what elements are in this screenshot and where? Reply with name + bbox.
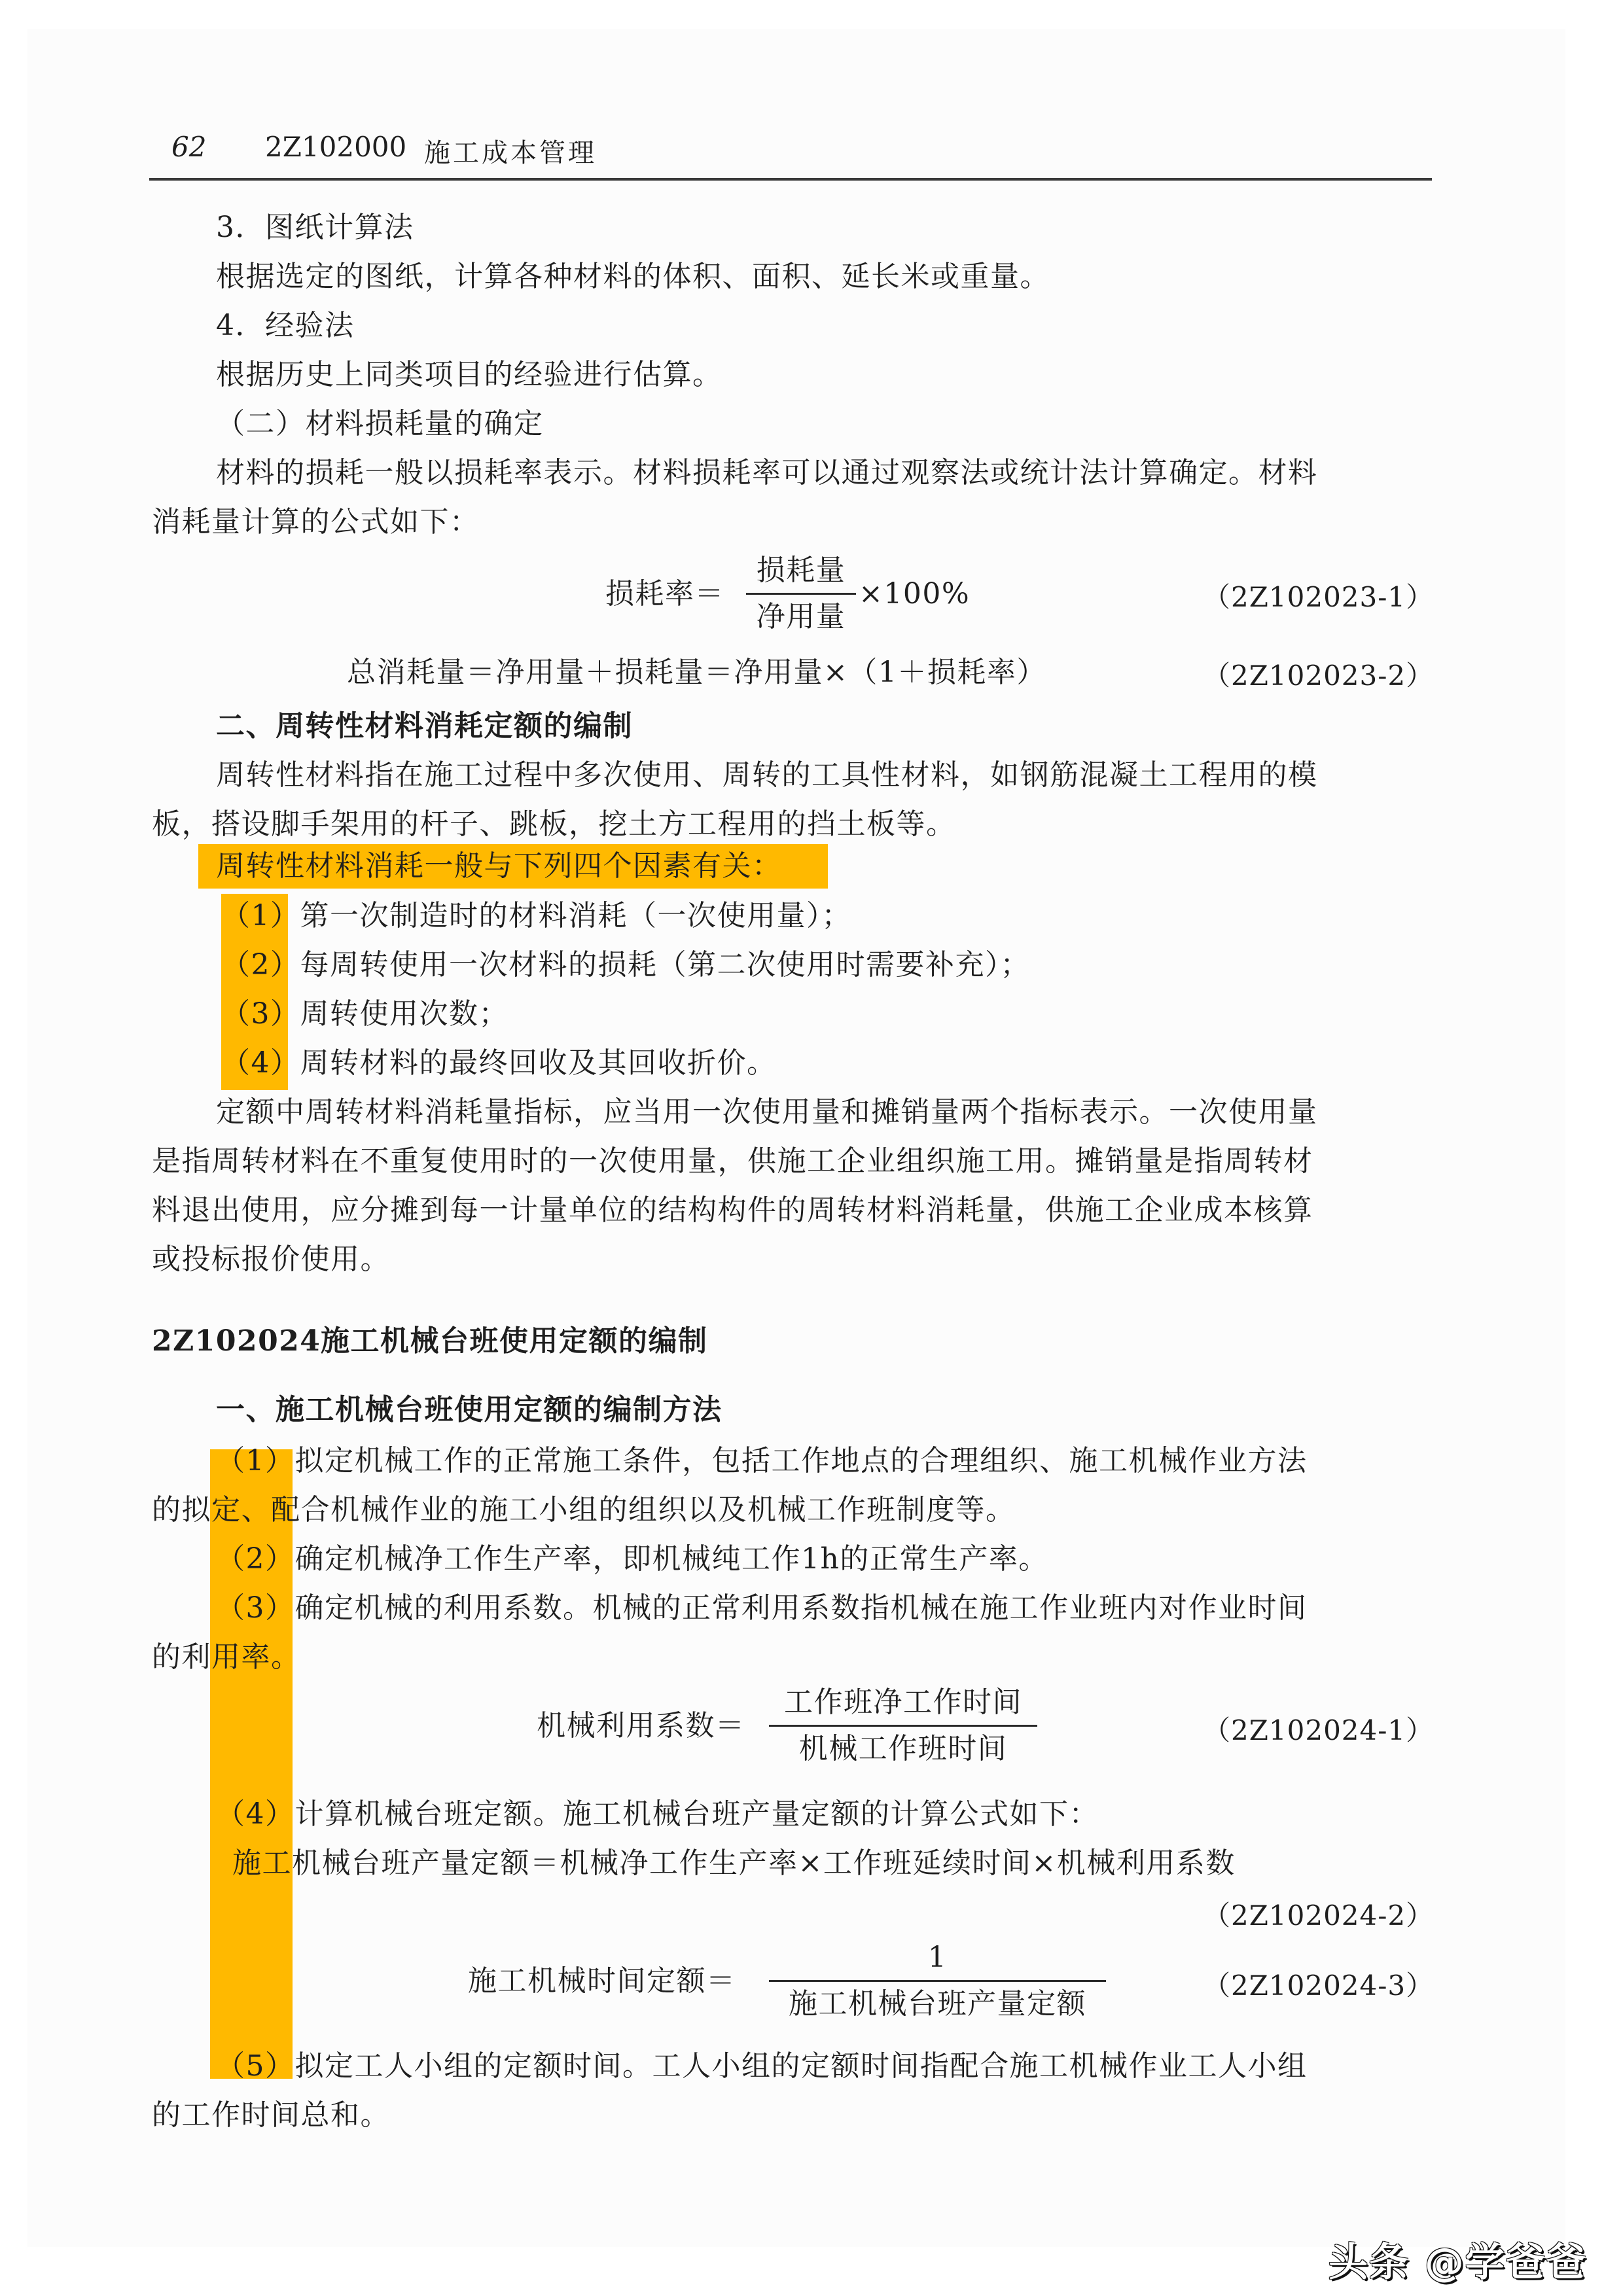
step-item: （2）确定机械净工作生产率，即机械纯工作1h的正常生产率。 xyxy=(216,1534,1048,1584)
factor-text: 周转材料的最终回收及其回收折价。 xyxy=(300,1046,777,1080)
factor-marker: （3） xyxy=(221,997,300,1031)
step-text: 确定机械净工作生产率，即机械纯工作1h的正常生产率。 xyxy=(295,1542,1048,1576)
factor-item: （3）周转使用次数； xyxy=(221,989,508,1039)
method3-text: 根据选定的图纸，计算各种材料的体积、面积、延长米或重量。 xyxy=(216,252,1050,302)
method4-title: 4．经验法 xyxy=(216,301,355,351)
fraction-bar xyxy=(769,1980,1106,1982)
section-title: 施工机械台班使用定额的编制 xyxy=(321,1316,708,1366)
step-marker: （1） xyxy=(216,1444,295,1477)
formula-total-consumption: 总消耗量＝净用量＋损耗量＝净用量×（1＋损耗率） xyxy=(347,648,1046,698)
step-marker: （4） xyxy=(216,1797,295,1831)
section-code: 2Z102024 xyxy=(152,1316,321,1366)
factor-text: 第一次制造时的材料消耗（一次使用量）； xyxy=(300,899,852,932)
section-heading: 二、周转性材料消耗定额的编制 xyxy=(216,701,633,751)
formula-loss-rate-lhs: 损耗率＝ xyxy=(605,569,724,619)
watermark: 头条 @学爸爸 xyxy=(1329,2231,1587,2287)
method4-text: 根据历史上同类项目的经验进行估算。 xyxy=(216,350,722,400)
step-continuation: 的利用率。 xyxy=(152,1633,301,1682)
page-number: 62 xyxy=(171,131,206,163)
loss-text-line2: 消耗量计算的公式如下： xyxy=(152,497,480,547)
fraction-bar xyxy=(769,1725,1037,1727)
quota-line3: 料退出使用，应分摊到每一计量单位的结构构件的周转材料消耗量，供施工企业成本核算 xyxy=(152,1186,1313,1235)
formula-output-quota: 施工机械台班产量定额＝机械净工作生产率×工作班延续时间×机械利用系数 xyxy=(232,1839,1236,1888)
formula-utilization-fraction: 工作班净工作时间 机械工作班时间 xyxy=(769,1683,1037,1769)
formula-time-quota-lhs: 施工机械时间定额＝ xyxy=(468,1956,736,2006)
factor-item: （1）第一次制造时的材料消耗（一次使用量）； xyxy=(221,891,851,941)
step-marker: （2） xyxy=(216,1542,295,1576)
quota-line4: 或投标报价使用。 xyxy=(152,1235,390,1284)
factors-lead: 周转性材料消耗一般与下列四个因素有关： xyxy=(216,841,782,891)
chapter-title: 施工成本管理 xyxy=(424,132,597,169)
section-subheading: 一、施工机械台班使用定额的编制方法 xyxy=(216,1385,722,1435)
formula-time-quota-fraction: 1 施工机械台班产量定额 xyxy=(769,1938,1106,2024)
equation-number: （2Z102024-1） xyxy=(1203,1709,1434,1748)
method3-title: 3．图纸计算法 xyxy=(216,203,414,253)
fraction-denominator: 施工机械台班产量定额 xyxy=(789,1985,1086,2024)
fraction-bar xyxy=(746,593,856,595)
factor-marker: （4） xyxy=(221,1046,300,1080)
fraction-denominator: 机械工作班时间 xyxy=(799,1729,1008,1769)
step-item: （4）计算机械台班定额。施工机械台班产量定额的计算公式如下： xyxy=(216,1790,1099,1839)
factor-item: （4）周转材料的最终回收及其回收折价。 xyxy=(221,1038,777,1088)
loss-title: （二）材料损耗量的确定 xyxy=(216,399,544,449)
quota-line2: 是指周转材料在不重复使用时的一次使用量，供施工企业组织施工用。摊销量是指周转材 xyxy=(152,1137,1313,1186)
step-marker: （5） xyxy=(216,2049,295,2083)
header-rule xyxy=(149,178,1432,181)
formula-utilization-lhs: 机械利用系数＝ xyxy=(537,1701,745,1751)
factor-text: 每周转使用一次材料的损耗（第二次使用时需要补充）； xyxy=(300,948,1031,981)
factor-text: 周转使用次数； xyxy=(300,997,509,1031)
turnover-intro-line1: 周转性材料指在施工过程中多次使用、周转的工具性材料，如钢筋混凝土工程用的模 xyxy=(216,751,1318,800)
equation-number: （2Z102024-3） xyxy=(1203,1964,1434,2004)
step-item: （5）拟定工人小组的定额时间。工人小组的定额时间指配合施工机械作业工人小组 xyxy=(216,2041,1308,2091)
step-text: 拟定工人小组的定额时间。工人小组的定额时间指配合施工机械作业工人小组 xyxy=(295,2049,1308,2083)
quota-line1: 定额中周转材料消耗量指标，应当用一次使用量和摊销量两个指标表示。一次使用量 xyxy=(216,1087,1318,1137)
formula-loss-rate-suffix: ×100% xyxy=(859,569,970,619)
factor-marker: （2） xyxy=(221,948,300,981)
step-continuation: 的拟定、配合机械作业的施工小组的组织以及机械工作班制度等。 xyxy=(152,1485,1016,1535)
step-item: （3）确定机械的利用系数。机械的正常利用系数指机械在施工作业班内对作业时间 xyxy=(216,1583,1308,1633)
fraction-numerator: 1 xyxy=(928,1938,948,1977)
fraction-numerator: 损耗量 xyxy=(757,551,846,590)
chapter-code: 2Z102000 xyxy=(265,131,406,163)
factor-marker: （1） xyxy=(221,899,300,932)
equation-number: （2Z102024-2） xyxy=(1203,1894,1434,1934)
step-item: （1）拟定机械工作的正常施工条件，包括工作地点的合理组织、施工机械作业方法 xyxy=(216,1436,1308,1486)
step-marker: （3） xyxy=(216,1591,295,1625)
step-text: 拟定机械工作的正常施工条件，包括工作地点的合理组织、施工机械作业方法 xyxy=(295,1444,1308,1477)
step-text: 确定机械的利用系数。机械的正常利用系数指机械在施工作业班内对作业时间 xyxy=(295,1591,1308,1625)
fraction-numerator: 工作班净工作时间 xyxy=(784,1683,1022,1722)
formula-loss-rate-fraction: 损耗量 净用量 xyxy=(746,551,856,637)
fraction-denominator: 净用量 xyxy=(757,597,846,637)
equation-number: （2Z102023-2） xyxy=(1203,654,1434,694)
factor-item: （2）每周转使用一次材料的损耗（第二次使用时需要补充）； xyxy=(221,940,1030,990)
loss-text-line1: 材料的损耗一般以损耗率表示。材料损耗率可以通过观察法或统计法计算确定。材料 xyxy=(216,448,1318,498)
step-text: 计算机械台班定额。施工机械台班产量定额的计算公式如下： xyxy=(295,1797,1099,1831)
step-continuation: 的工作时间总和。 xyxy=(152,2091,390,2140)
equation-number: （2Z102023-1） xyxy=(1203,576,1434,615)
